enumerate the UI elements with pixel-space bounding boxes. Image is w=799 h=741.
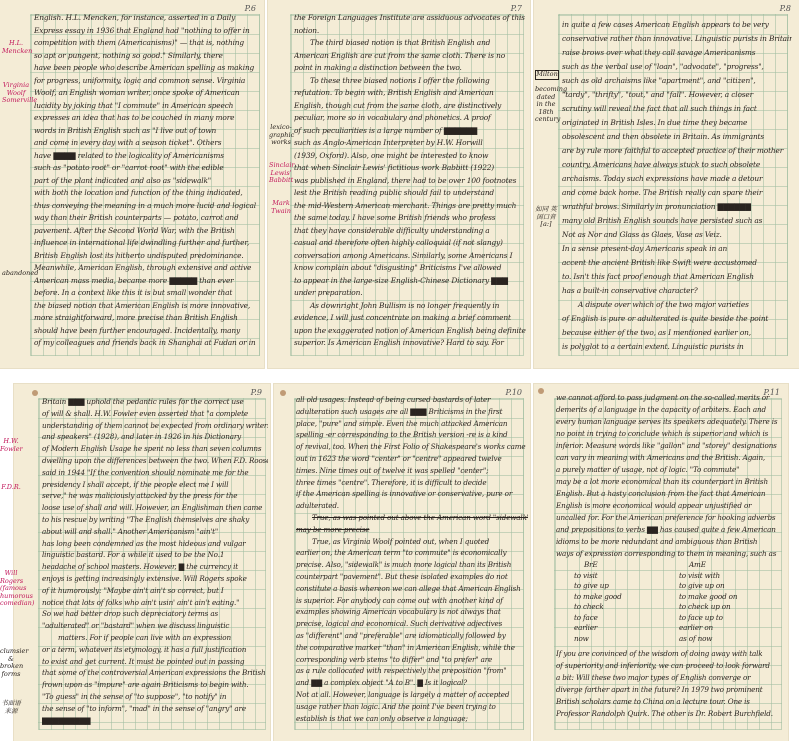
text-line: ▇▇▇▇▇▇▇▇▇ <box>42 715 268 727</box>
text-line: such as the verbal use of "loan", "advoc… <box>562 60 792 74</box>
text-line: have been people who describe American s… <box>34 62 260 75</box>
text-line: more straightforward, more precise than … <box>34 312 260 325</box>
text-line: "To guess" in the sense of "to suppose",… <box>42 691 268 703</box>
text-line: a bit: Will these two major types of Eng… <box>556 672 784 684</box>
ink-stain <box>32 390 38 396</box>
manuscript-page-7: P.7 lexico-graphic works Sinclair Lewis'… <box>268 0 530 368</box>
ame-cell: as of now <box>679 634 712 645</box>
text-line: counterpart "pavement". But these isolat… <box>296 571 528 583</box>
ame-cell: to give up on <box>679 581 725 592</box>
margin-note: 书面语 来源 <box>0 700 22 715</box>
text-line: and ▇▇ a complex object "A to B". ▇ Is i… <box>296 677 528 689</box>
text-line: if the American spelling is innovative o… <box>296 488 528 500</box>
text-line: a purely matter of usage, not of logic. … <box>556 464 784 476</box>
text-line: matters. For if people can live with an … <box>42 632 268 644</box>
text-line: to appear in the large-size English-Chin… <box>294 275 526 288</box>
bre-cell: earlier <box>574 623 679 634</box>
text-line: three times "centre". Therefore, it is d… <box>296 477 528 489</box>
text-line: way than their British counterparts — po… <box>34 212 260 225</box>
text-line: place, "pure" and simple. Even the much … <box>296 418 528 430</box>
text-line: has long been condemned as the most hide… <box>42 538 268 550</box>
text-line: English, though cut from the same cloth,… <box>294 100 526 113</box>
text-line: of English is pure or adulterated is qui… <box>562 312 792 326</box>
text-line: serve," he was maliciously attacked by t… <box>42 490 268 502</box>
page-number: P.8 <box>780 4 791 13</box>
text-line: understanding of them cannot be expected… <box>42 420 268 432</box>
text-line: influence in international life dwindlin… <box>34 237 260 250</box>
handwritten-text: we cannot afford to pass judgment on the… <box>556 392 784 560</box>
comparison-table: BrEAmE to visitto visit with to give upt… <box>574 560 774 644</box>
text-line: (1939, Oxford). Also, one might be inter… <box>294 150 526 163</box>
text-line: said in 1944 "If the convention should n… <box>42 467 268 479</box>
text-line: adulterated. <box>296 500 528 512</box>
text-line: such as "potato root" or "carrot root" w… <box>34 162 260 175</box>
text-line: examples showing American vocabulary is … <box>296 606 528 618</box>
text-line: so apt or pungent, nothing so good." Sim… <box>34 50 260 63</box>
table-row: earlierearlier on <box>574 623 774 634</box>
text-line: lest the British reading public should f… <box>294 187 526 200</box>
text-line: for progress, uniformity, logic and comm… <box>34 75 260 88</box>
text-line: expresses an idea that has to be couched… <box>34 112 260 125</box>
text-line: the Foreign Languages Institute are assi… <box>294 12 526 25</box>
handwritten-text: in quite a few cases American English ap… <box>562 18 792 354</box>
text-line: with both the location and function of t… <box>34 187 260 200</box>
text-line: dwelling upon the differences between th… <box>42 455 268 467</box>
table-row: to give upto give up on <box>574 581 774 592</box>
text-line: frown upon as "impure" are again Britici… <box>42 679 268 691</box>
text-line: loose use of shall and will. However, an… <box>42 502 268 514</box>
text-line: have ▇▇▇▇ related to the logicality of A… <box>34 150 260 163</box>
text-line: obsolescent and then obsolete in Britain… <box>562 130 792 144</box>
text-line: of such peculiarities is a large number … <box>294 125 526 138</box>
text-line: pavement. After the Second World War, wi… <box>34 225 260 238</box>
closing-text: If you are convinced of the wisdom of do… <box>556 648 784 720</box>
text-line: "tardy", "thrifty", "tout," and "fall". … <box>562 88 792 102</box>
text-line: as a rule collocated with respectively t… <box>296 665 528 677</box>
table-row: to faceto face up to <box>574 613 774 624</box>
text-line: as "different" and "preferable" are idio… <box>296 630 528 642</box>
text-line: notice that lots of folks who ain't usin… <box>42 597 268 609</box>
text-line: to exist and get current. It must be poi… <box>42 656 268 668</box>
text-line: English. H.L. Mencken, for instance, ass… <box>34 12 260 25</box>
text-line: presidency I shall accept, if the people… <box>42 479 268 491</box>
text-line: words in British English such as "I live… <box>34 125 260 138</box>
text-line: is polyglot to a certain extent. Linguis… <box>562 340 792 354</box>
margin-note: becoming dated in the 18th century <box>535 86 557 124</box>
text-line: that they have considerable difficulty u… <box>294 225 526 238</box>
text-line: that when Sinclair Lewis' fictitious wor… <box>294 162 526 175</box>
text-line: English. But a hasty conclusion from the… <box>556 488 784 500</box>
text-line: British English lost its hitherto undisp… <box>34 250 260 263</box>
text-line: Not as Nor and Glass as Glaes, Vase as V… <box>562 228 792 242</box>
text-line: ways of expression corresponding to them… <box>556 548 784 560</box>
text-line: and come in every day with a season tick… <box>34 137 260 150</box>
text-line: the mid-Western American merchant. Thing… <box>294 200 526 213</box>
text-line: or a term, whatever its etymology, it ha… <box>42 644 268 656</box>
text-line: may be more precise <box>296 524 528 536</box>
text-line: uncalled for. For the American preferenc… <box>556 512 784 524</box>
text-line: As downright John Bullism is no longer f… <box>294 300 526 313</box>
text-line: notion. <box>294 25 526 38</box>
text-line: scrutiny will reveal the fact that all s… <box>562 102 792 116</box>
header-ame: AmE <box>689 560 706 571</box>
table-row: to checkto check up on <box>574 602 774 613</box>
ame-cell: to face up to <box>679 613 723 624</box>
text-line: earlier on, the American term "to commut… <box>296 547 528 559</box>
text-line: If you are convinced of the wisdom of do… <box>556 648 784 660</box>
text-line: such as Anglo-American Interpreter by H.… <box>294 137 526 150</box>
text-line: the same today. I have some British frie… <box>294 212 526 225</box>
text-line: lucidity by joking that "I commute" in A… <box>34 100 260 113</box>
handwritten-text: all old usages. Instead of being cursed … <box>296 394 528 724</box>
text-line: The third biased notion is that British … <box>294 37 526 50</box>
bre-cell: now <box>574 634 679 645</box>
margin-note: Sinclair Lewis' Babbitt <box>269 162 293 185</box>
text-line: spelling -er corresponding to the Britis… <box>296 429 528 441</box>
table-row: nowas of now <box>574 634 774 645</box>
text-line: point in making a distinction between th… <box>294 62 526 75</box>
text-line: constitute a basis whereon we can allege… <box>296 583 528 595</box>
text-line: superior. Is American English innovative… <box>294 337 526 350</box>
text-line: English is more economical would appear … <box>556 500 784 512</box>
text-line: inferior. Measure words like "gallon" an… <box>556 440 784 452</box>
text-line: idioms to be more redundant and ambiguou… <box>556 536 784 548</box>
table-row: to visitto visit with <box>574 571 774 582</box>
text-line: American mass media, became more ▇▇▇▇▇ t… <box>34 275 260 288</box>
text-line: archaisms. Today such expressions have m… <box>562 172 792 186</box>
text-line: to his rescue by writing "The English th… <box>42 514 268 526</box>
text-line: To these three biased notions I offer th… <box>294 75 526 88</box>
text-line: times. Nine times out of twelve it was s… <box>296 465 528 477</box>
manuscript-page-6: P.6 H.L. Mencken Virginia Woolf Somervil… <box>0 0 264 368</box>
ame-cell: to visit with <box>679 571 720 582</box>
text-line: we cannot afford to pass judgment on the… <box>556 392 784 404</box>
bre-cell: to face <box>574 613 679 624</box>
ame-cell: to make good on <box>679 592 737 603</box>
margin-note: clumsier & broken forms <box>0 648 22 678</box>
text-line: accent the ancient British like Swift we… <box>562 256 792 270</box>
manuscript-page-11: P.11 we cannot afford to pass judgment o… <box>534 384 788 741</box>
text-line: to. Isn't this fact proof enough that Am… <box>562 270 792 284</box>
text-line: raise brows over what they call savage A… <box>562 46 792 60</box>
text-line: all old usages. Instead of being cursed … <box>296 394 528 406</box>
handwritten-text: English. H.L. Mencken, for instance, ass… <box>34 12 260 350</box>
text-line: of Modern English Usage he spent no less… <box>42 443 268 455</box>
margin-note: lexico-graphic works <box>269 124 293 147</box>
text-line: may be a lot more economical than its co… <box>556 476 784 488</box>
text-line: conservative rather than innovative. Lin… <box>562 32 792 46</box>
text-line: the comparative marker "than" in America… <box>296 642 528 654</box>
text-line: and prepositions to verbs ▇▇ has caused … <box>556 524 784 536</box>
text-line: establish is that we can only observe a … <box>296 713 528 725</box>
text-line: has a built-in conservative character? <box>562 284 792 298</box>
table-header-row: BrEAmE <box>574 560 774 571</box>
ame-cell: earlier on <box>679 623 713 634</box>
manuscript-page-10: P.10 all old usages. Instead of being cu… <box>274 384 530 741</box>
manuscript-page-9: P.9 Britain ▇▇▇ uphold the pedantic rule… <box>14 384 270 741</box>
manuscript-page-8: P.8 Milton becoming dated in the 18th ce… <box>534 0 799 368</box>
margin-note: abandoned <box>2 270 30 278</box>
text-line: adulteration such usages are all ▇▇▇ Bri… <box>296 406 528 418</box>
bre-cell: to give up <box>574 581 679 592</box>
text-line: was published in England, there had to b… <box>294 175 526 188</box>
text-line: Professor Randolph Quirk. The other is D… <box>556 708 784 720</box>
text-line: of it humorously: "Maybe ain't ain't so … <box>42 585 268 597</box>
text-line: Express essay in 1936 that England had "… <box>34 25 260 38</box>
text-line: under preparation. <box>294 287 526 300</box>
text-line: True, as Virginia Woolf pointed out, whe… <box>296 536 528 548</box>
text-line: no point in trying to conclude which is … <box>556 428 784 440</box>
text-line: diverge farther apart in the future? In … <box>556 684 784 696</box>
text-line: So we had better drop such depreciatory … <box>42 608 268 620</box>
text-line: and speakers" (1928), and later in 1926 … <box>42 431 268 443</box>
text-line: precise. Also, "sidewalk" is much more l… <box>296 559 528 571</box>
text-line: A dispute over which of the two major va… <box>562 298 792 312</box>
text-line: in quite a few cases American English ap… <box>562 18 792 32</box>
text-line: thus conveying the meaning in a much mor… <box>34 200 260 213</box>
text-line: know complain about "disgusting" Britici… <box>294 262 526 275</box>
text-line: Woolf, an English woman writer, once spo… <box>34 87 260 100</box>
ame-cell: to check up on <box>679 602 730 613</box>
text-line: True, as was pointed out above the Ameri… <box>296 512 528 524</box>
text-line: enjoys is getting increasingly extensive… <box>42 573 268 585</box>
text-line: can vary in meaning with Americans and t… <box>556 452 784 464</box>
text-line: because either of the two, as I mentione… <box>562 326 792 340</box>
text-line: should have been further encouraged. Inc… <box>34 325 260 338</box>
margin-note: H.L. Mencken <box>2 40 30 55</box>
margin-note: F.D.R. <box>0 484 22 492</box>
text-line: headache of school masters. However, ▇ t… <box>42 561 268 573</box>
text-line: many old British English sounds have per… <box>562 214 792 228</box>
bre-cell: to visit <box>574 571 679 582</box>
text-line: linguistic bastard. For a while it used … <box>42 549 268 561</box>
text-line: of my colleagues and friends back in Sha… <box>34 337 260 350</box>
margin-note: Virginia Woolf Somerville <box>2 82 30 105</box>
text-line: that some of the controversial American … <box>42 667 268 679</box>
text-line: Britain ▇▇▇ uphold the pedantic rules fo… <box>42 396 268 408</box>
text-line: out in 1623 the word "center" or "centre… <box>296 453 528 465</box>
text-line: of will & shall. H.W. Fowler even assert… <box>42 408 268 420</box>
text-line: competition with them (Americanisms)" — … <box>34 37 260 50</box>
text-line: of superiority and inferiority, we can p… <box>556 660 784 672</box>
ink-stain <box>538 388 544 394</box>
text-line: the biased notion that American English … <box>34 300 260 313</box>
text-line: corresponding verb stems "to differ" and… <box>296 654 528 666</box>
text-line: wrathful brows. Similarly in pronunciati… <box>562 200 792 214</box>
bre-cell: to make good <box>574 592 679 603</box>
text-line: conversation among Americans. Similarly,… <box>294 250 526 263</box>
margin-note: 如同 英国口音 [a:] <box>535 206 557 229</box>
text-line: every human language serves its speakers… <box>556 416 784 428</box>
text-line: American English are cut from the same c… <box>294 50 526 63</box>
text-line: before. In a context like this it is but… <box>34 287 260 300</box>
text-line: are by rule more faithful to accepted pr… <box>562 144 792 158</box>
text-line: Meanwhile, American English, through ext… <box>34 262 260 275</box>
text-line: British scholars came to China on a lect… <box>556 696 784 708</box>
text-line: originated in British Isles. In due time… <box>562 116 792 130</box>
text-line: the sense of "to inform", "mad" in the s… <box>42 703 268 715</box>
text-line: casual and therefore often highly colloq… <box>294 237 526 250</box>
margin-note: Milton <box>535 70 559 80</box>
text-line: upon the exaggerated notion of American … <box>294 325 526 338</box>
text-line: precise, logical and economical. Such de… <box>296 618 528 630</box>
text-line: evidence, I will just concentrate on mak… <box>294 312 526 325</box>
text-line: about will and shall." Another Americani… <box>42 526 268 538</box>
bre-cell: to check <box>574 602 679 613</box>
margin-note: H.W. Fowler <box>0 438 22 453</box>
text-line: refutation. To begin with, British Engli… <box>294 87 526 100</box>
table-row: to make goodto make good on <box>574 592 774 603</box>
text-line: demerits of a language in the capacity o… <box>556 404 784 416</box>
ink-stain <box>280 390 286 396</box>
text-line: of revival, too. When the First Folio of… <box>296 441 528 453</box>
text-line: In a sense present-day Americans speak i… <box>562 242 792 256</box>
text-line: "adulterated" or "bastard" when we discu… <box>42 620 268 632</box>
text-line: and come back home. The British really c… <box>562 186 792 200</box>
text-line: country, Americans have always stuck to … <box>562 158 792 172</box>
text-line: part of the plant indicated and also as … <box>34 175 260 188</box>
text-line: Not at all. However, language is largely… <box>296 689 528 701</box>
margin-note: Mark Twain <box>269 200 293 215</box>
text-line: usage rather than logic. And the point I… <box>296 701 528 713</box>
text-line: such as old archaisms like "apartment", … <box>562 74 792 88</box>
text-line: peculiar, more so in vocabulary and phon… <box>294 112 526 125</box>
text-line: is superior. For anybody can come out wi… <box>296 595 528 607</box>
handwritten-text: the Foreign Languages Institute are assi… <box>294 12 526 350</box>
header-bre: BrE <box>574 560 689 571</box>
handwritten-text: Britain ▇▇▇ uphold the pedantic rules fo… <box>42 396 268 726</box>
margin-note: Will Rogers (famous humorous comedian) <box>0 570 22 608</box>
